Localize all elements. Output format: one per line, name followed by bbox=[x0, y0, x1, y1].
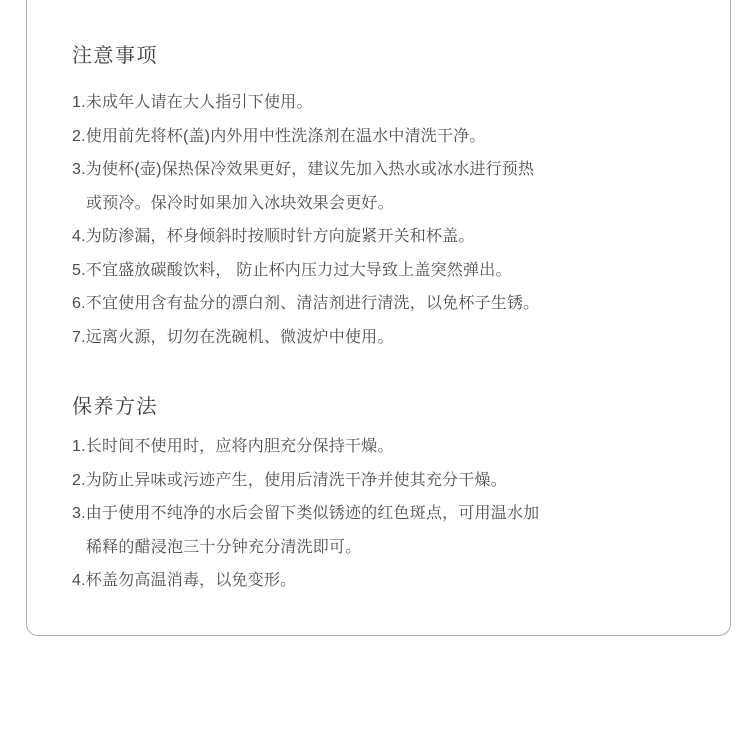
instruction-item: 4.杯盖勿高温消毒，以免变形。 bbox=[72, 564, 682, 598]
instruction-item: 4.为防渗漏，杯身倾斜时按顺时针方向旋紧开关和杯盖。 bbox=[72, 220, 682, 254]
instruction-item: 3.为使杯(壶)保热保冷效果更好，建议先加入热水或冰水进行预热或预冷。保冷时如果… bbox=[72, 153, 682, 220]
instruction-item: 2.为防止异味或污迹产生，使用后清洗干净并使其充分干燥。 bbox=[72, 464, 682, 498]
instruction-item: 7.远离火源，切勿在洗碗机、微波炉中使用。 bbox=[72, 321, 682, 355]
instruction-item: 6.不宜使用含有盐分的漂白剂、清洁剂进行清洗，以免杯子生锈。 bbox=[72, 287, 682, 321]
instruction-item: 1.未成年人请在大人指引下使用。 bbox=[72, 86, 682, 120]
precautions-list: 1.未成年人请在大人指引下使用。2.使用前先将杯(盖)内外用中性洗涤剂在温水中清… bbox=[72, 86, 682, 354]
instruction-item: 2.使用前先将杯(盖)内外用中性洗涤剂在温水中清洗干净。 bbox=[72, 120, 682, 154]
precautions-title: 注意事项 bbox=[72, 42, 682, 70]
care-instructions-content: 注意事项 1.未成年人请在大人指引下使用。2.使用前先将杯(盖)内外用中性洗涤剂… bbox=[72, 42, 682, 598]
section-maintenance: 保养方法 1.长时间不使用时，应将内胆充分保持干燥。2.为防止异味或污迹产生，使… bbox=[72, 393, 682, 598]
maintenance-title: 保养方法 bbox=[72, 393, 682, 421]
maintenance-list: 1.长时间不使用时，应将内胆充分保持干燥。2.为防止异味或污迹产生，使用后清洗干… bbox=[72, 430, 682, 598]
instruction-item: 5.不宜盛放碳酸饮料， 防止杯内压力过大导致上盖突然弹出。 bbox=[72, 254, 682, 288]
instruction-item: 1.长时间不使用时，应将内胆充分保持干燥。 bbox=[72, 430, 682, 464]
instruction-item: 3.由于使用不纯净的水后会留下类似锈迹的红色斑点，可用温水加稀释的醋浸泡三十分钟… bbox=[72, 497, 682, 564]
section-precautions: 注意事项 1.未成年人请在大人指引下使用。2.使用前先将杯(盖)内外用中性洗涤剂… bbox=[72, 42, 682, 354]
